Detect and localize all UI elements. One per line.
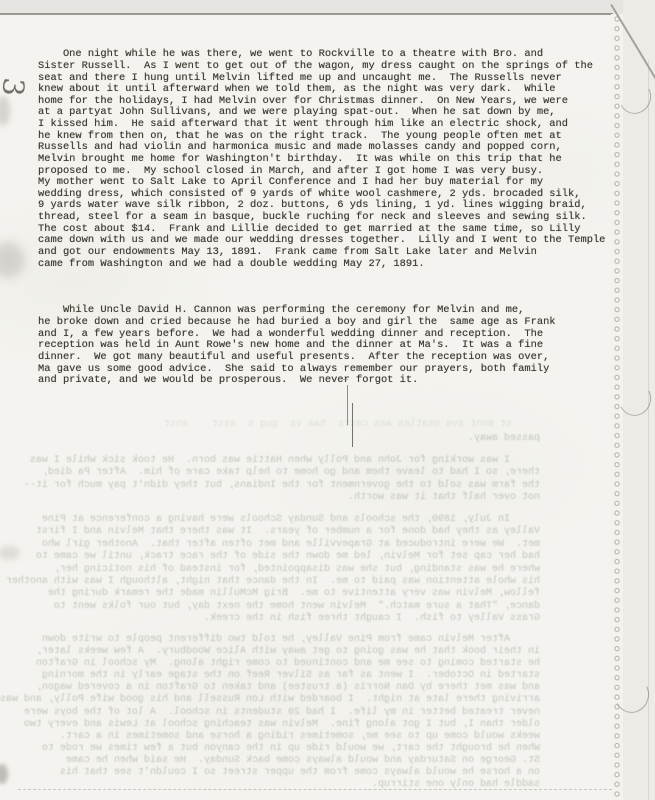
text-line: had her cap set for Melvin, led me down … <box>12 551 540 563</box>
bleed-paragraph: After Melvin came from Pine Valley, he t… <box>12 634 540 791</box>
text-line: When he brought the cart, we would ride … <box>12 743 540 755</box>
crease-mark <box>347 385 348 425</box>
pencil-tick <box>343 379 348 380</box>
text-line: After Melvin came from Pine Valley, he t… <box>12 634 540 646</box>
text-line: Valley as they had done for a number of … <box>12 526 540 538</box>
text-line: met. We were introduced at Grapevville a… <box>12 539 540 551</box>
bleed-paragraph: In July, 1890, the schools and Sunday Sc… <box>12 514 540 626</box>
text-line: In July, 1890, the schools and Sunday Sc… <box>12 514 540 526</box>
text-line: Grass Valley to fish. I caught three fis… <box>12 613 540 625</box>
crease-mark <box>352 403 353 447</box>
text-line: fellow, Melvin was very attentive to me.… <box>12 588 540 600</box>
text-line: St. George on Saturday and would always … <box>12 755 540 767</box>
bleed-paragraph: I was working for John and Polly when Ha… <box>12 455 540 505</box>
text-line: dance, "That a sure match." Melvin went … <box>12 601 540 613</box>
text-line: arriving there late at night. I boarded … <box>12 694 540 706</box>
text-line: older than I, but I got along fine. Melv… <box>12 719 540 731</box>
text-line: never treated better in my life. I had 2… <box>12 707 540 719</box>
text-line: passed away. <box>12 433 540 445</box>
text-line: on a horse he would always come from the… <box>12 767 540 779</box>
dashed-artifact-row <box>18 789 612 790</box>
text-line: weeks would come up to see me, sometimes… <box>12 731 540 743</box>
text-line: I was working for John and Polly when Ha… <box>12 455 540 467</box>
bleed-fragment-line: st mont ava usatlas aas casts haa vs gug… <box>42 419 512 431</box>
text-line: his whole attention was paid to me. In t… <box>12 576 540 588</box>
text-line: the farm was sold to the government for … <box>12 480 540 492</box>
text-line: in their book that he was going to get a… <box>12 646 540 658</box>
scanned-document-page: 3 One night while he was there, we went … <box>0 0 655 800</box>
bleed-through-block: st mont ava usatlas aas casts haa vs gug… <box>0 0 612 800</box>
text-line: not over half that it was worth. <box>12 492 540 504</box>
text-line: where he was standing, but she was disap… <box>12 564 540 576</box>
text-line: he started coming to see me and continue… <box>12 658 540 670</box>
text-line: started in October. I went as far as Sil… <box>12 670 540 682</box>
text-line: and was met there by Dan Norris (a trust… <box>12 682 540 694</box>
text-line: there, so I had to leave them and go hom… <box>12 467 540 479</box>
bleed-paragraph: passed away. <box>12 433 540 445</box>
